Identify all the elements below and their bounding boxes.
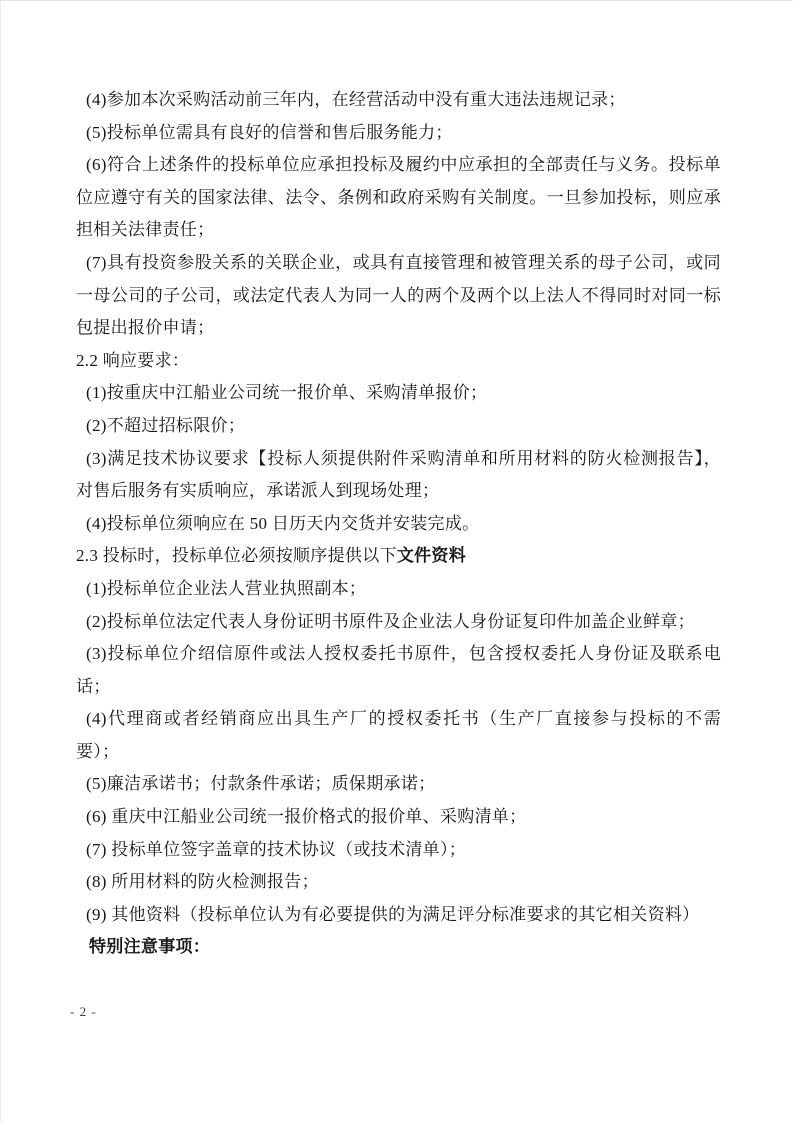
paragraph: (6)符合上述条件的投标单位应承担投标及履约中应承担的全部责任与义务。投标单位应… — [76, 149, 721, 247]
text-run: (6) 重庆中江船业公司统一报价格式的报价单、采购清单； — [86, 807, 526, 826]
text-run: (9) 其他资料（投标单位认为有必要提供的为满足评分标准要求的其它相关资料） — [86, 905, 699, 924]
paragraph: (1)投标单位企业法人营业执照副本； — [76, 573, 721, 606]
paragraph: (4)参加本次采购活动前三年内，在经营活动中没有重大违法违规记录； — [76, 84, 721, 117]
paragraph: (3)投标单位介绍信原件或法人授权委托书原件，包含授权委托人身份证及联系电话； — [76, 638, 721, 703]
page-number-footer: - 2 - — [70, 1003, 97, 1021]
text-run: 2.3 投标时，投标单位必须按顺序提供以下 — [76, 546, 397, 565]
paragraph: (7)具有投资参股关系的关联企业，或具有直接管理和被管理关系的母子公司，或同一母… — [76, 247, 721, 345]
text-run: (1)投标单位企业法人营业执照副本； — [86, 579, 366, 598]
paragraph: (6) 重庆中江船业公司统一报价格式的报价单、采购清单； — [76, 801, 721, 834]
text-run: (7) 投标单位签字盖章的技术协议（或技术清单）； — [86, 840, 466, 859]
text-run: (7)具有投资参股关系的关联企业，或具有直接管理和被管理关系的母子公司，或同一母… — [76, 253, 721, 337]
text-run: (2)投标单位法定代表人身份证明书原件及企业法人身份证复印件加盖企业鲜章； — [86, 612, 695, 631]
paragraph: (9) 其他资料（投标单位认为有必要提供的为满足评分标准要求的其它相关资料） — [76, 899, 721, 932]
text-run: (4)投标单位须响应在 50 日历天内交货并安装完成。 — [86, 514, 479, 533]
section-heading: 2.3 投标时，投标单位必须按顺序提供以下文件资料 — [76, 540, 721, 573]
paragraph: (5)廉洁承诺书；付款条件承诺；质保期承诺； — [76, 768, 721, 801]
bold-text-run: 特别注意事项： — [89, 937, 210, 956]
text-run: (3)投标单位介绍信原件或法人授权委托书原件，包含授权委托人身份证及联系电话； — [76, 644, 721, 696]
paragraph: (3)满足技术协议要求【投标人须提供附件采购清单和所用材料的防火检测报告】，对售… — [76, 443, 721, 508]
text-run: (3)满足技术协议要求【投标人须提供附件采购清单和所用材料的防火检测报告】，对售… — [76, 449, 721, 501]
paragraph: (4)投标单位须响应在 50 日历天内交货并安装完成。 — [76, 508, 721, 541]
text-run: (1)按重庆中江船业公司统一报价单、采购清单报价； — [86, 383, 487, 402]
paragraph: (2)不超过招标限价； — [76, 410, 721, 443]
document-page: (4)参加本次采购活动前三年内，在经营活动中没有重大违法违规记录；(5)投标单位… — [0, 0, 793, 1122]
section-heading: 2.2 响应要求： — [76, 345, 721, 378]
text-run: (4)参加本次采购活动前三年内，在经营活动中没有重大违法违规记录； — [86, 90, 626, 109]
document-body: (4)参加本次采购活动前三年内，在经营活动中没有重大违法违规记录；(5)投标单位… — [76, 84, 721, 964]
paragraph: (5)投标单位需具有良好的信誉和售后服务能力； — [76, 117, 721, 150]
text-run: (6)符合上述条件的投标单位应承担投标及履约中应承担的全部责任与义务。投标单位应… — [76, 155, 721, 239]
paragraph: (1)按重庆中江船业公司统一报价单、采购清单报价； — [76, 377, 721, 410]
paragraph: (4)代理商或者经销商应出具生产厂的授权委托书（生产厂直接参与投标的不需要）； — [76, 703, 721, 768]
paragraph: (8) 所用材料的防火检测报告； — [76, 866, 721, 899]
text-run: (8) 所用材料的防火检测报告； — [86, 872, 319, 891]
text-run: (5)投标单位需具有良好的信誉和售后服务能力； — [86, 123, 453, 142]
notice-heading: 特别注意事项： — [76, 931, 721, 964]
paragraph: (2)投标单位法定代表人身份证明书原件及企业法人身份证复印件加盖企业鲜章； — [76, 606, 721, 639]
text-run: (4)代理商或者经销商应出具生产厂的授权委托书（生产厂直接参与投标的不需要）； — [76, 709, 721, 761]
text-run: 2.2 响应要求： — [76, 351, 189, 370]
text-run: (2)不超过招标限价； — [86, 416, 245, 435]
text-run: (5)廉洁承诺书；付款条件承诺；质保期承诺； — [86, 774, 435, 793]
bold-text-run: 文件资料 — [397, 546, 466, 565]
paragraph: (7) 投标单位签字盖章的技术协议（或技术清单）； — [76, 834, 721, 867]
